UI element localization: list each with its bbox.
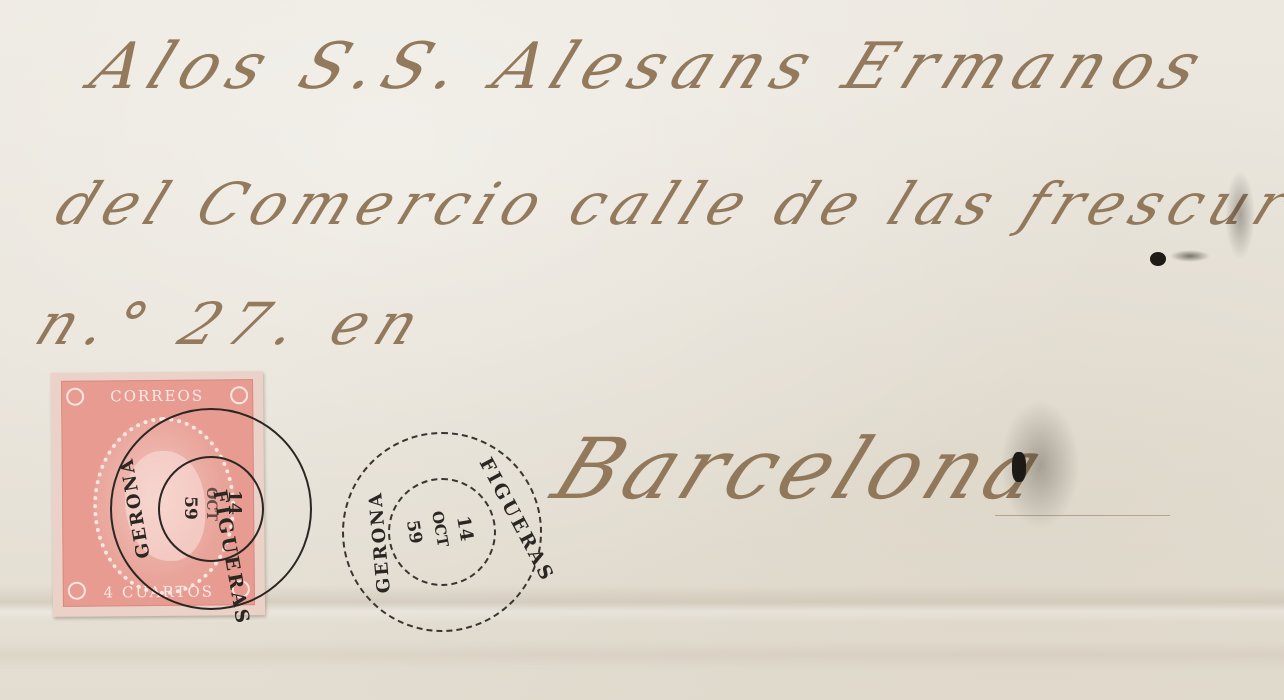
postmark-beside-stamp: FIGUERAS GERONA 14 OCT 59 bbox=[342, 432, 542, 632]
paper-fold-lower bbox=[0, 640, 1284, 670]
ink-smudge bbox=[1000, 400, 1080, 530]
ink-smudge bbox=[1170, 250, 1210, 262]
address-city: Barcelona bbox=[540, 420, 1064, 518]
postmark-month: OCT bbox=[203, 487, 219, 521]
ink-blot bbox=[1150, 252, 1166, 266]
stamp-corner-ornament bbox=[230, 386, 248, 404]
postmark-day: 14 bbox=[452, 514, 477, 542]
postmark-province: GERONA bbox=[116, 456, 154, 560]
postmark-day: 14 bbox=[224, 490, 245, 515]
postmark-on-stamp: FIGUERAS GERONA 14 OCT 59 bbox=[110, 408, 312, 610]
stamp-top-label: CORREOS bbox=[84, 384, 230, 407]
address-line-3: n.° 27. en bbox=[26, 290, 439, 358]
stamp-corner-ornament bbox=[66, 388, 84, 406]
stamp-corner-ornament bbox=[68, 582, 86, 600]
postmark-year: 59 bbox=[402, 519, 426, 546]
address-line-1: Alos S.S. Alesans Ermanos bbox=[80, 30, 1221, 104]
postmark-province: GERONA bbox=[365, 490, 395, 594]
postmark-year: 59 bbox=[180, 496, 200, 520]
ink-smudge bbox=[1225, 170, 1255, 260]
address-line-2: del Comercio calle de las frescuras bbox=[46, 170, 1284, 238]
